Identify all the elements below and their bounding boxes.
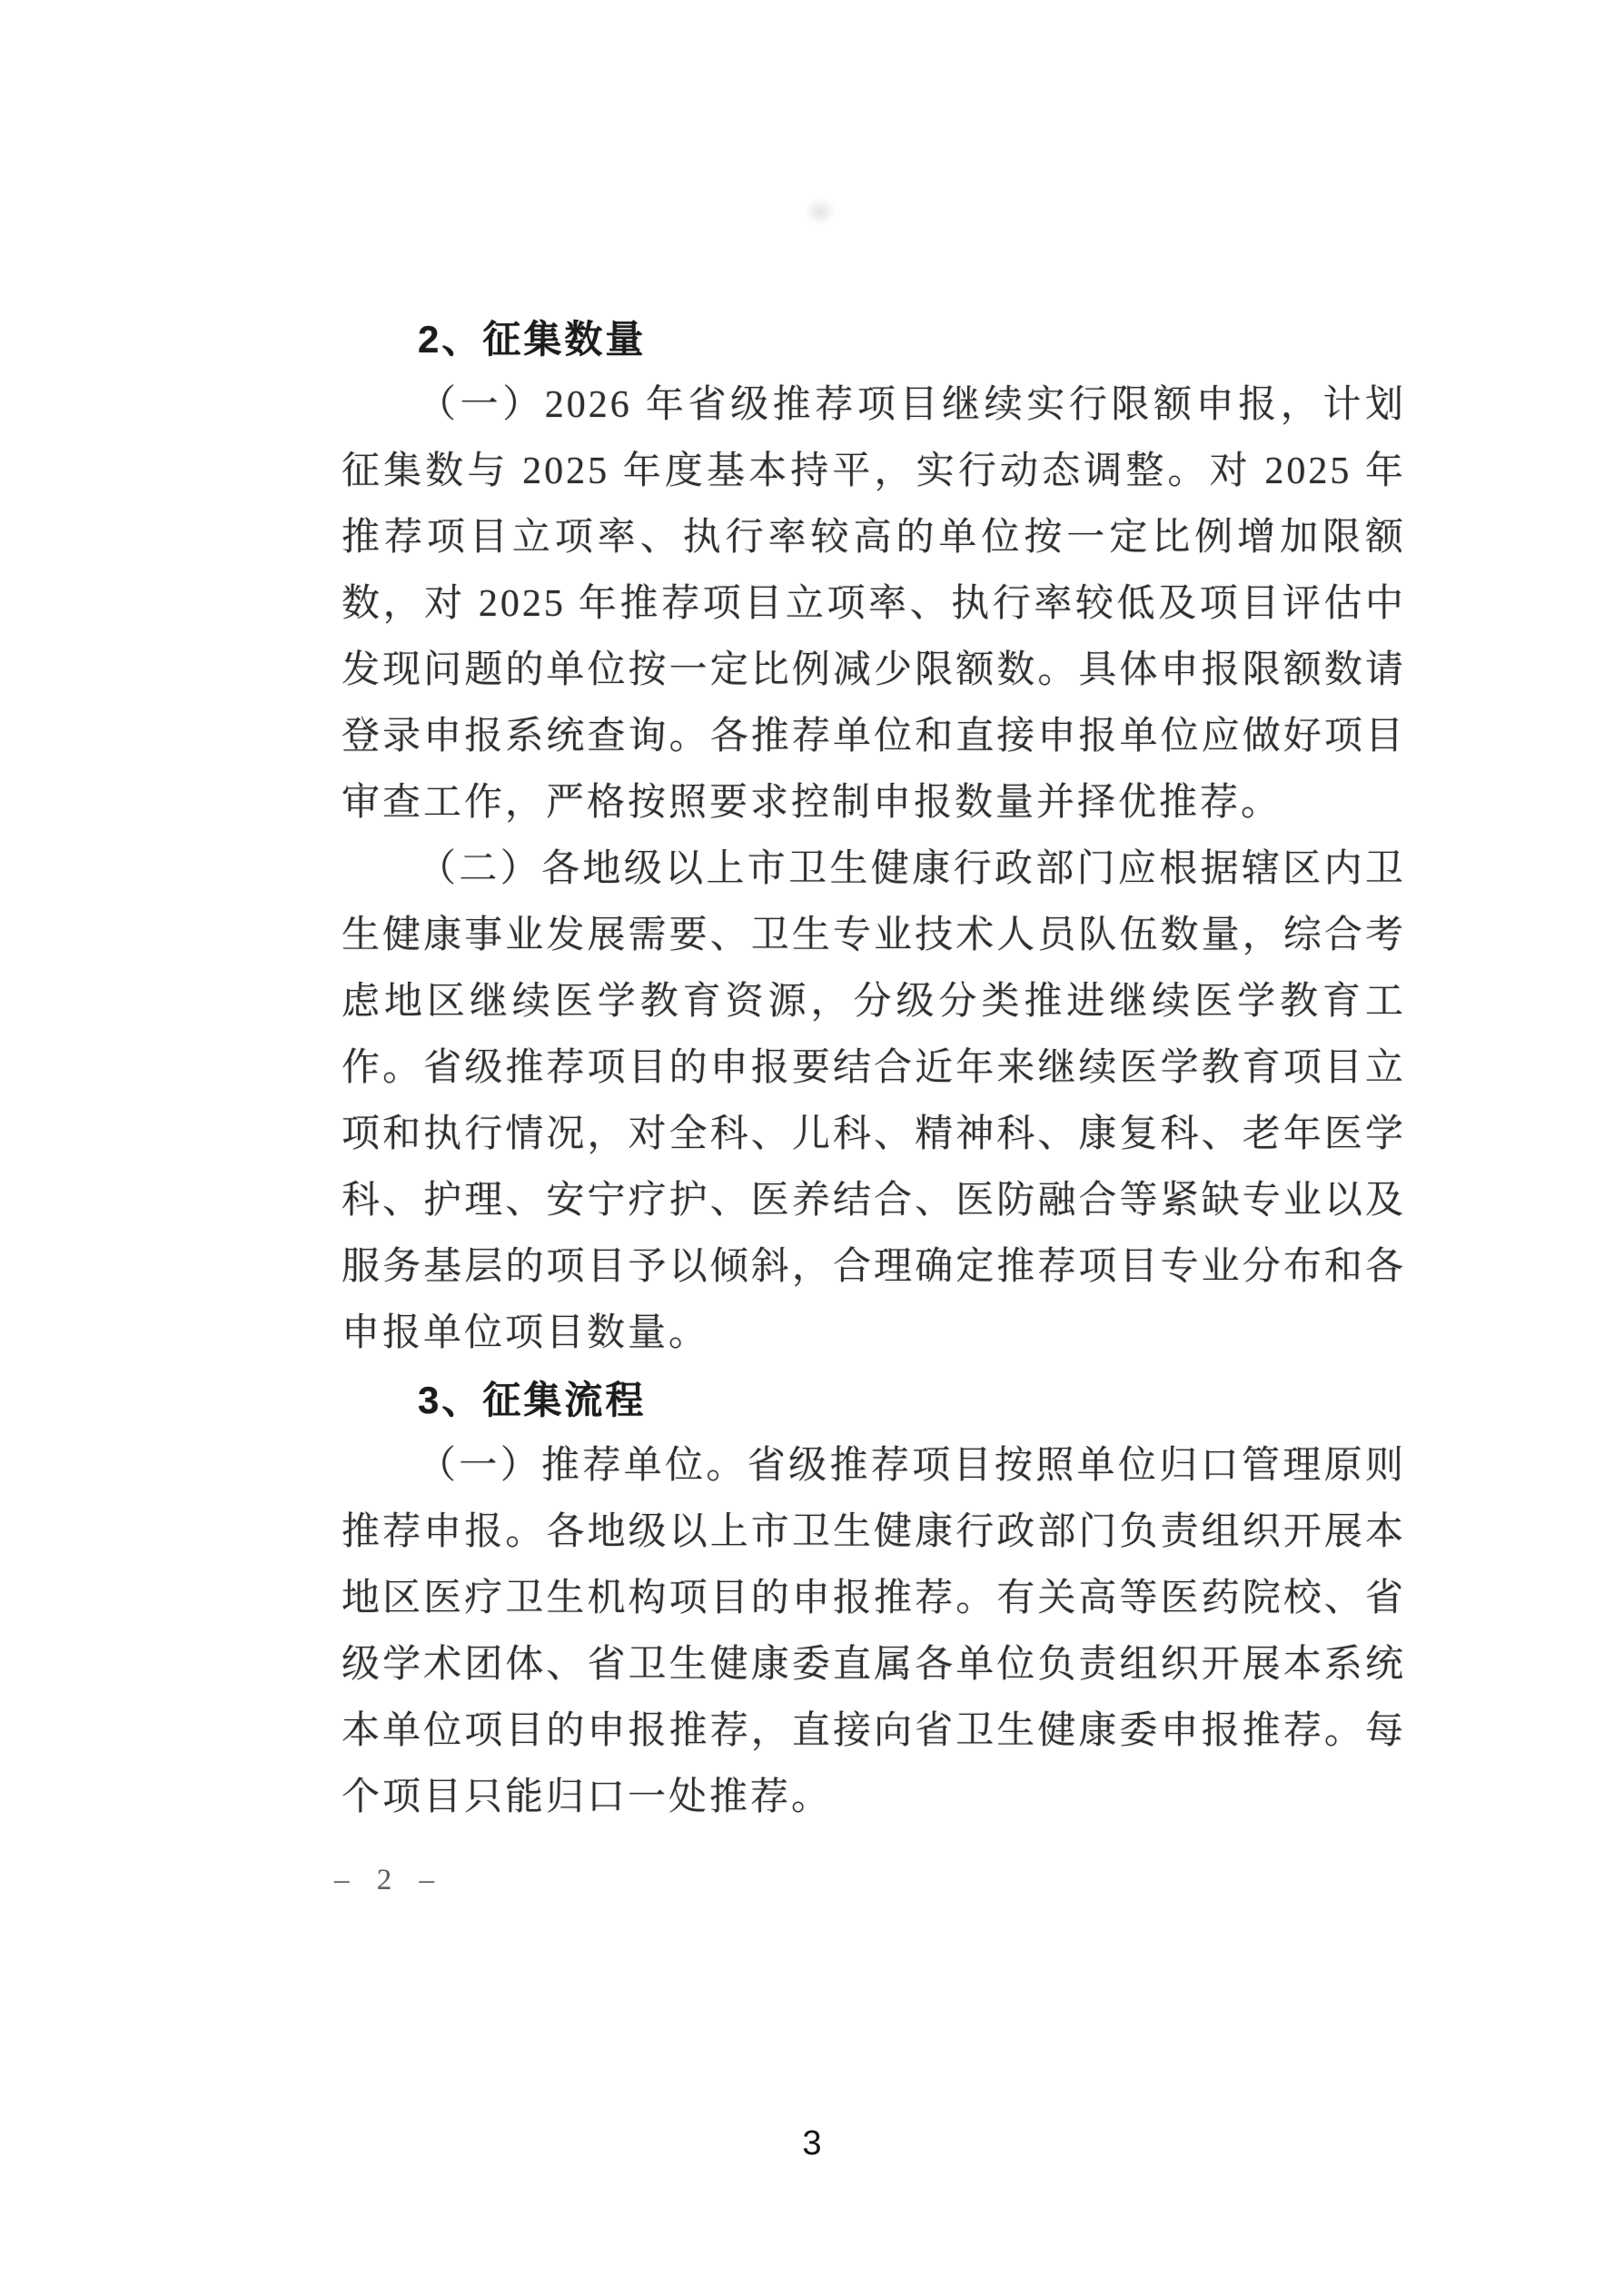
section-heading-collection-process: 3、征集流程 <box>342 1367 1406 1433</box>
document-body: 2、征集数量 （一）2026 年省级推荐项目继续实行限额申报，计划征集数与 20… <box>342 306 1406 1831</box>
page-footer-number: – 2 – <box>334 1860 438 1900</box>
scan-artifact <box>804 198 837 225</box>
document-page: 2、征集数量 （一）2026 年省级推荐项目继续实行限额申报，计划征集数与 20… <box>0 0 1624 2296</box>
body-paragraph: （一）2026 年省级推荐项目继续实行限额申报，计划征集数与 2025 年度基本… <box>342 372 1406 836</box>
section-heading-collection-quantity: 2、征集数量 <box>342 306 1406 372</box>
body-paragraph: （一）推荐单位。省级推荐项目按照单位归口管理原则推荐申报。各地级以上市卫生健康行… <box>342 1433 1406 1831</box>
viewer-page-number: 3 <box>0 2123 1624 2163</box>
body-paragraph: （二）各地级以上市卫生健康行政部门应根据辖区内卫生健康事业发展需要、卫生专业技术… <box>342 836 1406 1367</box>
